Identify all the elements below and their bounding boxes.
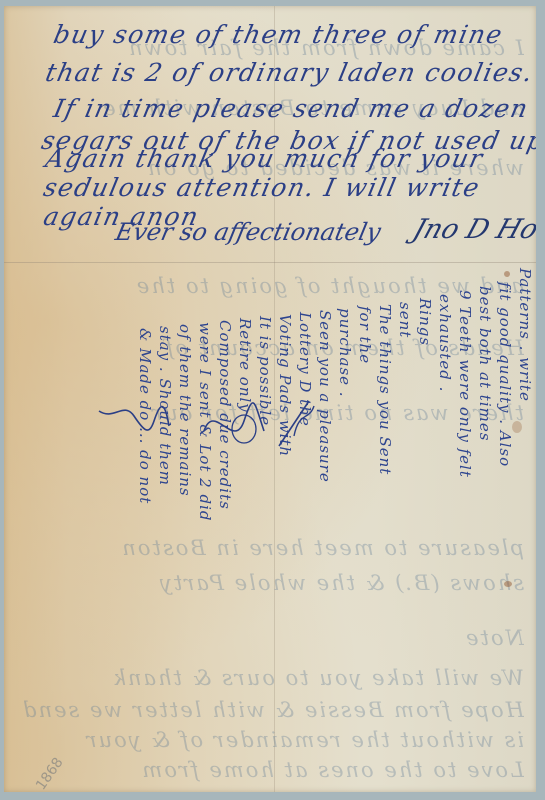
cross-written-line: 9 Teeth were only felt (456, 290, 474, 478)
cross-written-line: sent (396, 302, 414, 338)
paper-stain (504, 581, 512, 587)
cross-written-line: purchase . (336, 308, 354, 398)
cross-written-line: Rings (416, 298, 434, 346)
bleed-through-line: Love to the ones at home from (24, 758, 524, 782)
cross-written-line: exhausted . (436, 294, 454, 392)
ink-flourish (94, 391, 324, 461)
letter-line: that is 2 of ordinary laden coolies. (43, 58, 536, 87)
letter-page: I came down from the fair town and Lucy … (4, 6, 536, 792)
horizontal-fold-line (4, 262, 536, 263)
cross-written-line: Patterns . write (516, 268, 534, 402)
scan-background: I came down from the fair town and Lucy … (0, 0, 545, 800)
letter-closing: Ever so affectionately (113, 218, 383, 246)
bleed-through-line: Hope from Bessie & with letter we send (24, 698, 524, 722)
letter-line: buy some of them three of mine (51, 20, 506, 49)
letter-line: If in time please send me a dozen (51, 94, 532, 123)
bleed-through-line: pleasure to meet here in Boston (24, 536, 524, 560)
letter-line: Again thank you much for your (43, 144, 486, 173)
letter-line: sedulous attention. I will write (41, 173, 483, 202)
cross-written-line: best both at times (476, 286, 494, 441)
cross-written-line: The things you Sent (376, 304, 394, 475)
paper-stain (512, 421, 522, 433)
cross-written-line: for the (356, 306, 374, 364)
bleed-through-line: Note (24, 626, 524, 650)
paper-stain (504, 271, 510, 277)
signature: Jno D Hodle (409, 214, 536, 245)
bleed-through-line: is without the remainder of & your (24, 728, 524, 752)
bleed-through-line: shows (B.) & the whole Party (24, 571, 524, 595)
cross-written-line: fit good quality . Also (496, 282, 514, 467)
cross-written-section: Patterns . write fit good quality . Also… (124, 268, 534, 508)
bleed-through-line: We will take you to ours & thank (24, 666, 524, 690)
